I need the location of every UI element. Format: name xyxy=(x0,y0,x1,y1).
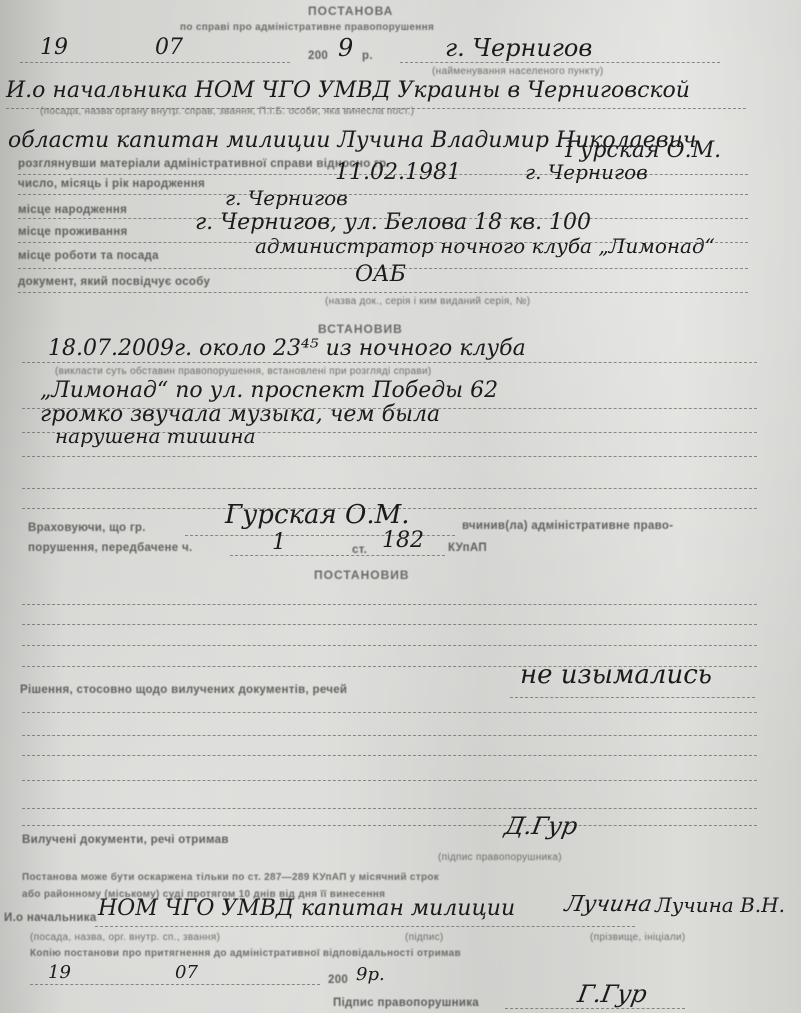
established-heading: ВСТАНОВИВ xyxy=(318,322,403,336)
received-signature: Д.Гур xyxy=(503,812,580,840)
established-line-1: 18.07.2009г. около 23⁴⁵ из ночного клуба xyxy=(48,336,526,361)
signer-signature: Лучина xyxy=(563,892,654,917)
birth-place-label: місце народження xyxy=(18,204,127,216)
footer-month: 07 xyxy=(175,962,198,983)
items-label: Рішення, стосовно щодо вилучених докумен… xyxy=(20,684,347,696)
birth-date-label: число, місяць і рік народження xyxy=(18,178,205,190)
footer-signature-label: Підпис правопорушника xyxy=(333,997,479,1009)
scanned-document: ПОСТАНОВА по справі про адміністративне … xyxy=(0,0,801,1013)
violation-part: 1 xyxy=(272,530,286,555)
violation-article: 182 xyxy=(382,528,424,553)
footer-year: 9р. xyxy=(356,964,385,985)
signer-caption-position: (посада, назва, орг. внутр. сп., звання) xyxy=(30,932,220,943)
official-line1: И.о начальника НОМ ЧГО УМВД Украины в Че… xyxy=(6,78,690,103)
date-day: 19 xyxy=(40,35,68,60)
signer-caption-name: (прізвище, ініціали) xyxy=(590,932,685,943)
footer-signature: Г.Гур xyxy=(576,980,650,1008)
document-title: ПОСТАНОВА xyxy=(308,4,393,18)
id-caption: (назва док., серія і ким виданий серія, … xyxy=(325,296,530,307)
footer-year-prefix: 200 xyxy=(328,974,348,986)
date-place: г. Чернигов xyxy=(445,34,592,62)
birth-place-value: г. Чернигов xyxy=(225,186,348,210)
violation-label-prefix: Враховуючи, що гр. xyxy=(28,522,146,534)
place-caption: (найменування населеного пункту) xyxy=(432,66,604,77)
date-year: 9 xyxy=(338,34,353,62)
violation-line2-prefix: порушення, передбачене ч. xyxy=(28,542,192,554)
received-caption: (підпис правопорушника) xyxy=(438,852,562,863)
footer-label: Копію постанови про притягнення до адмін… xyxy=(30,948,461,959)
document-subtitle: по справі про адміністративне правопоруш… xyxy=(180,22,434,33)
signer-caption-signature: (підпис) xyxy=(405,932,444,943)
residence-value: г. Чернигов, ул. Белова 18 кв. 100 xyxy=(195,210,591,235)
residence-label: місце проживання xyxy=(18,226,128,238)
violation-code: КУпАП xyxy=(448,542,487,554)
established-line-2: „Лимонад“ по ул. проспект Победы 62 xyxy=(40,378,498,403)
appeal-line1: Постанова може бути оскаржена тільки по … xyxy=(22,872,439,883)
received-label: Вилучені документи, речі отримав xyxy=(22,834,229,846)
footer-day: 19 xyxy=(48,962,71,983)
year-unit: р. xyxy=(362,50,373,62)
signer-unit: НОМ ЧГО УМВД капитан милиции xyxy=(98,896,515,921)
year-prefix: 200 xyxy=(308,50,328,62)
signer-name: Лучина В.Н. xyxy=(655,893,785,917)
established-caption: (викласти суть обставин правопорушення, … xyxy=(55,366,432,377)
id-value: ОАБ xyxy=(355,262,406,287)
signer-prefix: И.о начальника xyxy=(4,912,97,924)
decided-heading: ПОСТАНОВИВ xyxy=(314,568,410,582)
birth-city-value: г. Чернигов xyxy=(525,160,648,184)
work-value: администратор ночного клуба „Лимонад“ xyxy=(255,234,715,258)
date-month: 07 xyxy=(155,35,183,60)
birth-date-value: 11.02.1981 xyxy=(335,160,461,185)
violation-label-suffix: вчинив(ла) адміністративне право- xyxy=(462,520,673,532)
violation-person: Гурская О.М. xyxy=(225,500,409,530)
items-value: не изымались xyxy=(520,660,712,690)
id-label: документ, який посвідчує особу xyxy=(18,276,210,288)
official-caption: (посада, назва органу внутр. справ, зван… xyxy=(40,106,414,117)
established-line-4: нарушена тишина xyxy=(55,424,256,448)
work-label: місце роботи та посада xyxy=(18,250,159,262)
